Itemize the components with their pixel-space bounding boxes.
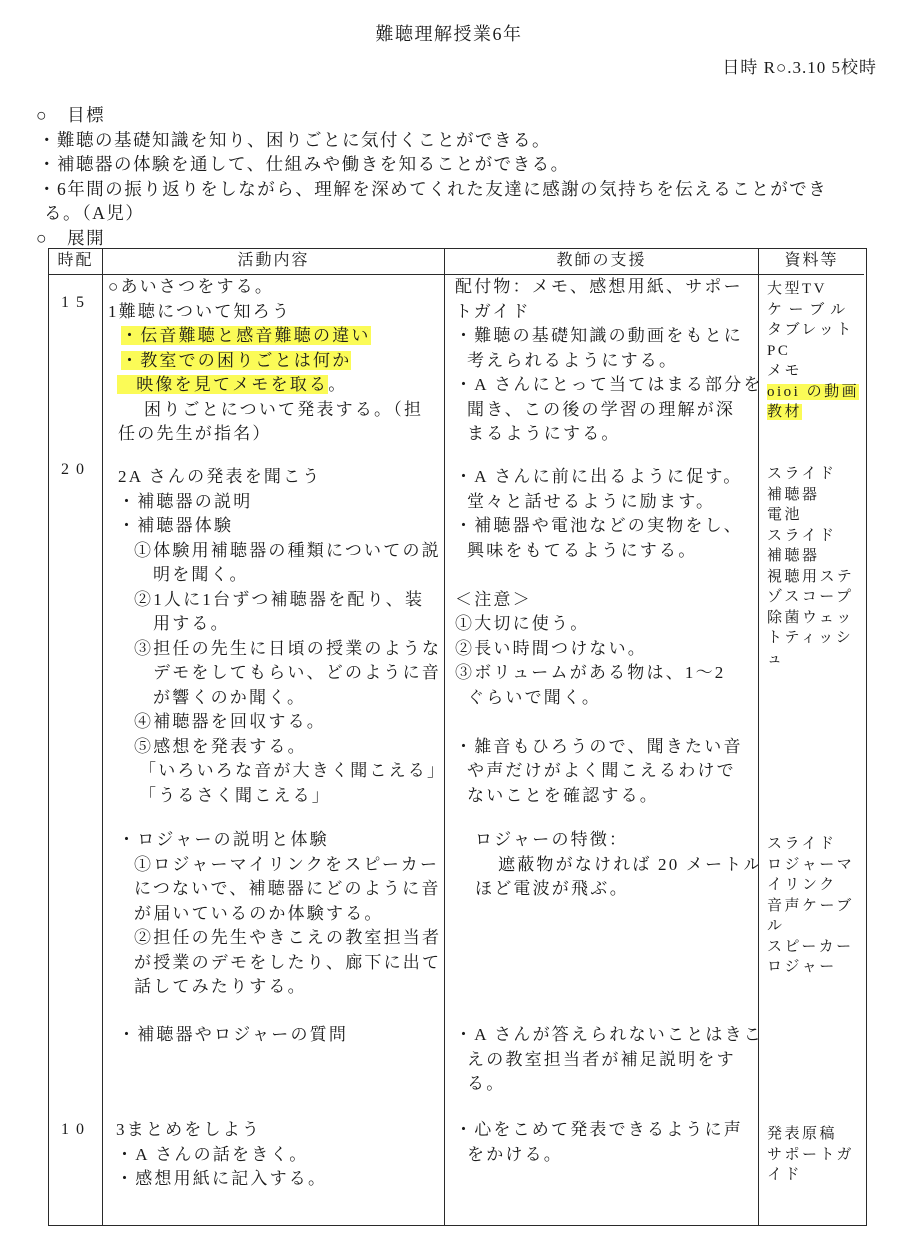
text-run: スライド — [767, 836, 837, 852]
text-run: 1難聴について知ろう — [108, 302, 291, 321]
materials-block: スライドロジャーマイリンク音声ケーブルスピーカーロジャー — [759, 834, 864, 978]
text-run: 音声ケーブ — [767, 898, 854, 914]
text-run: ル — [767, 918, 785, 934]
text-line: 教材 — [759, 402, 864, 423]
text-line: ①ロジャーマイリンクをスピーカー — [103, 853, 444, 878]
text-run: ゾスコープ — [767, 589, 853, 605]
text-line: ②担任の先生やきこえの教室担当者 — [103, 926, 444, 951]
text-run: 大型TV — [767, 281, 827, 297]
text-line: スピーカー — [759, 937, 864, 958]
page-title: 難聴理解授業6年 — [0, 20, 898, 46]
text-run: メモ — [767, 363, 802, 379]
highlight-text: ・教室での困りごとは何か — [121, 351, 351, 370]
activity-block: ・補聴器やロジャーの質問 — [103, 1023, 444, 1048]
highlight-text: 教材 — [767, 404, 802, 420]
header-teacher-support: 教師の支援 — [445, 249, 759, 274]
text-line: ほど電波が飛ぶ。 — [445, 877, 758, 902]
text-line: 興味をもてるようにする。 — [445, 539, 758, 564]
text-run: 配付物：メモ、感想用紙、サポー — [455, 277, 743, 296]
materials-cell: 大型TVケーブルタブレットPCメモoioi の動画教材スライド補聴器電池スライド… — [759, 275, 864, 1225]
text-run: ・補聴器や電池などの実物をし、 — [455, 516, 743, 535]
text-line: をかける。 — [445, 1143, 758, 1168]
text-line: まるようにする。 — [445, 422, 758, 447]
text-line: 2A さんの発表を聞こう — [103, 465, 444, 490]
text-line: 困りごとについて発表する。（担 — [103, 398, 444, 423]
text-run: ケーブル — [767, 302, 852, 318]
text-run: 「いろいろな音が大きく聞こえる」 — [139, 761, 445, 780]
text-line: トティッシ — [759, 628, 864, 649]
text-run: スライド — [767, 466, 837, 482]
text-line: ル — [759, 916, 864, 937]
text-line: ロジャーの特徴： — [445, 828, 758, 853]
text-line: 補聴器 — [759, 485, 864, 506]
text-run: トガイド — [455, 302, 531, 321]
text-line: ぐらいで聞く。 — [445, 686, 758, 711]
text-run: ぐらいで聞く。 — [467, 688, 601, 707]
text-run: につないで、補聴器にどのように音 — [134, 879, 441, 898]
text-line: ・A さんが答えられないことはきこ — [445, 1023, 758, 1048]
text-line: 遮蔽物がなければ 20 メートル — [445, 853, 758, 878]
text-line: メモ — [759, 361, 864, 382]
text-line: が響くのか聞く。 — [103, 686, 444, 711]
text-line: る。 — [445, 1072, 758, 1097]
text-line: イド — [759, 1165, 864, 1186]
goal-line: ・6年間の振り返りをしながら、理解を深めてくれた友達に感謝の気持ちを伝えることが… — [36, 177, 866, 202]
goal-line: ・難聴の基礎知識を知り、困りごとに気付くことができる。 — [36, 128, 866, 153]
text-run: まるようにする。 — [467, 424, 621, 443]
support-block: 配付物：メモ、感想用紙、サポートガイド・難聴の基礎知識の動画をもとに考えられるよ… — [445, 275, 758, 447]
materials-block: スライド補聴器電池スライド補聴器視聴用ステゾスコープ除菌ウェットティッシュ — [759, 464, 864, 669]
lesson-plan-document: { "page": { "title": "難聴理解授業6年", "dateti… — [0, 0, 898, 1258]
text-line: 用する。 — [103, 612, 444, 637]
text-line: ②長い時間つけない。 — [445, 637, 758, 662]
materials-block: 大型TVケーブルタブレットPCメモoioi の動画教材 — [759, 279, 864, 423]
text-line: ・補聴器や電池などの実物をし、 — [445, 514, 758, 539]
activity-block: ○あいさつをする。1難聴について知ろう・伝音難聴と感音難聴の違い・教室での困りご… — [103, 275, 444, 447]
text-line: 除菌ウェッ — [759, 608, 864, 629]
text-run: ①大切に使う。 — [455, 614, 589, 633]
text-line: ・心をこめて発表できるように声 — [445, 1118, 758, 1143]
text-line: 考えられるようにする。 — [445, 349, 758, 374]
text-line: ④補聴器を回収する。 — [103, 710, 444, 735]
text-line: ・教室での困りごとは何か — [103, 349, 444, 374]
text-run: ②担任の先生やきこえの教室担当者 — [134, 928, 441, 947]
text-line: ・A さんにとって当てはまる部分を — [445, 373, 758, 398]
text-line: イリンク — [759, 875, 864, 896]
text-run: ②長い時間つけない。 — [455, 639, 647, 658]
text-run: ＜注意＞ — [455, 590, 532, 609]
text-run: 3まとめをしよう — [116, 1120, 261, 1139]
text-line: トガイド — [445, 300, 758, 325]
text-run: や声だけがよく聞こえるわけで — [467, 761, 736, 780]
text-run: ・補聴器体験 — [118, 516, 233, 535]
text-line: ＜注意＞ — [445, 588, 758, 613]
text-line: oioi の動画 — [759, 382, 864, 403]
highlight-text: 映像を見てメモを取る — [117, 375, 328, 394]
support-block: ロジャーの特徴：遮蔽物がなければ 20 メートルほど電波が飛ぶ。 — [445, 828, 758, 902]
time-allocation-value: 20 — [49, 458, 103, 483]
text-line: ゾスコープ — [759, 587, 864, 608]
text-run: が授業のデモをしたり、廊下に出て — [134, 953, 441, 972]
text-run: ・A さんの話をきく。 — [116, 1145, 308, 1164]
text-run: ないことを確認する。 — [467, 786, 659, 805]
text-line: ・補聴器体験 — [103, 514, 444, 539]
table-header-row: 時配 活動内容 教師の支援 資料等 — [49, 249, 864, 275]
text-run: ○あいさつをする。 — [108, 277, 274, 296]
text-line: ⑤感想を発表する。 — [103, 735, 444, 760]
text-run: ・補聴器の説明 — [118, 492, 252, 511]
text-line: ケーブル — [759, 300, 864, 321]
text-run: 興味をもてるようにする。 — [467, 541, 697, 560]
text-run: ・ロジャーの説明と体験 — [118, 830, 329, 849]
text-run: が響くのか聞く。 — [153, 688, 306, 707]
text-line: ③担任の先生に日頃の授業のような — [103, 637, 444, 662]
text-run: 用する。 — [153, 614, 230, 633]
text-run: ・A さんにとって当てはまる部分を — [455, 375, 759, 394]
text-line: ○あいさつをする。 — [103, 275, 444, 300]
activity-block: ・ロジャーの説明と体験①ロジャーマイリンクをスピーカーにつないで、補聴器にどのよ… — [103, 828, 444, 1000]
text-run: ・A さんに前に出るように促す。 — [455, 467, 742, 486]
highlight-text: ・伝音難聴と感音難聴の違い — [121, 326, 371, 345]
text-line: 映像を見てメモを取る。 — [103, 373, 444, 398]
text-line: ・雑音もひろうので、聞きたい音 — [445, 735, 758, 760]
text-line: 「うるさく聞こえる」 — [103, 784, 444, 809]
text-line: 聞き、この後の学習の理解が深 — [445, 398, 758, 423]
text-line: や声だけがよく聞こえるわけで — [445, 759, 758, 784]
text-run: 視聴用ステ — [767, 569, 854, 585]
text-line: ・補聴器やロジャーの質問 — [103, 1023, 444, 1048]
text-run: 考えられるようにする。 — [467, 351, 678, 370]
text-run: 発表原稿 — [767, 1126, 837, 1142]
text-run: スピーカー — [767, 939, 854, 955]
text-run: ③ボリュームがある物は、1～2 — [455, 663, 726, 682]
text-run: をかける。 — [467, 1145, 563, 1164]
text-line: 任の先生が指名） — [103, 422, 444, 447]
text-run: ロジャーの特徴： — [475, 830, 628, 849]
text-line: デモをしてもらい、どのように音 — [103, 661, 444, 686]
text-run: タブレット — [767, 322, 854, 338]
table-body-row: 152010 ○あいさつをする。1難聴について知ろう・伝音難聴と感音難聴の違い・… — [49, 275, 864, 1225]
text-run: 「うるさく聞こえる」 — [139, 786, 331, 805]
text-line: 視聴用ステ — [759, 567, 864, 588]
text-line: 堂々と話せるように励ます。 — [445, 490, 758, 515]
text-line: ・難聴の基礎知識の動画をもとに — [445, 324, 758, 349]
time-allocation-value: 15 — [49, 291, 103, 316]
text-run: ④補聴器を回収する。 — [134, 712, 326, 731]
text-run: 。 — [328, 375, 347, 394]
text-run: ・心をこめて発表できるように声 — [455, 1120, 743, 1139]
teacher-support-cell: 配付物：メモ、感想用紙、サポートガイド・難聴の基礎知識の動画をもとに考えられるよ… — [445, 275, 759, 1225]
text-line: ・A さんの話をきく。 — [103, 1143, 444, 1168]
text-run: 遮蔽物がなければ 20 メートル — [498, 855, 759, 874]
text-run: 堂々と話せるように励ます。 — [467, 492, 715, 511]
text-line: タブレット — [759, 320, 864, 341]
text-run: ・雑音もひろうので、聞きたい音 — [455, 737, 743, 756]
text-run: ①ロジャーマイリンクをスピーカー — [134, 855, 439, 874]
text-line: 1難聴について知ろう — [103, 300, 444, 325]
text-run: PC — [767, 343, 790, 359]
text-run: ュ — [767, 651, 785, 667]
text-run: イド — [767, 1167, 802, 1183]
support-block: ・心をこめて発表できるように声をかける。 — [445, 1118, 758, 1167]
text-run: 補聴器 — [767, 548, 820, 564]
goal-line: ○ 目標 — [36, 103, 866, 128]
text-run: 明を聞く。 — [153, 565, 249, 584]
text-line: 補聴器 — [759, 546, 864, 567]
text-run: 除菌ウェッ — [767, 610, 854, 626]
support-block: ・A さんが答えられないことはきこえの教室担当者が補足説明をする。 — [445, 1023, 758, 1097]
activity-cell: ○あいさつをする。1難聴について知ろう・伝音難聴と感音難聴の違い・教室での困りご… — [103, 275, 445, 1225]
header-activity: 活動内容 — [103, 249, 445, 274]
text-run: ①体験用補聴器の種類についての説 — [134, 541, 441, 560]
text-line — [445, 563, 758, 588]
text-line: ①体験用補聴器の種類についての説 — [103, 539, 444, 564]
text-line: サポートガ — [759, 1145, 864, 1166]
text-run: ロジャー — [767, 959, 837, 975]
text-line: 話してみたりする。 — [103, 975, 444, 1000]
text-line: ③ボリュームがある物は、1～2 — [445, 661, 758, 686]
text-line: 3まとめをしよう — [103, 1118, 444, 1143]
text-line: が授業のデモをしたり、廊下に出て — [103, 951, 444, 976]
date-line: 日時 R○.3.10 5校時 — [722, 53, 877, 78]
text-run: ・難聴の基礎知識の動画をもとに — [455, 326, 743, 345]
text-line: スライド — [759, 464, 864, 485]
time-allocation-value: 10 — [49, 1118, 103, 1143]
goal-line: ・補聴器の体験を通して、仕組みや働きを知ることができる。 — [36, 152, 866, 177]
text-line: 電池 — [759, 505, 864, 526]
text-run: えの教室担当者が補足説明をす — [467, 1050, 736, 1069]
text-run: ・A さんが答えられないことはきこ — [455, 1025, 759, 1044]
text-run: 聞き、この後の学習の理解が深 — [467, 400, 735, 419]
header-materials: 資料等 — [759, 249, 864, 274]
text-line: につないで、補聴器にどのように音 — [103, 877, 444, 902]
text-run: が届いているのか体験する。 — [134, 904, 384, 923]
text-line: 発表原稿 — [759, 1124, 864, 1145]
header-time-allocation: 時配 — [49, 249, 103, 274]
text-run: 話してみたりする。 — [134, 977, 307, 996]
text-run: 任の先生が指名） — [118, 424, 272, 443]
text-run: ②1人に1台ずつ補聴器を配り、装 — [134, 590, 424, 609]
activity-block: 3まとめをしよう・A さんの話をきく。・感想用紙に記入する。 — [103, 1118, 444, 1192]
text-line: 「いろいろな音が大きく聞こえる」 — [103, 759, 444, 784]
text-run: 補聴器 — [767, 487, 820, 503]
text-line: ロジャーマ — [759, 855, 864, 876]
text-run: 困りごとについて発表する。（担 — [144, 400, 423, 419]
text-line: ・伝音難聴と感音難聴の違い — [103, 324, 444, 349]
text-line: 配付物：メモ、感想用紙、サポー — [445, 275, 758, 300]
text-run: スライド — [767, 528, 837, 544]
text-line — [445, 710, 758, 735]
text-run: ⑤感想を発表する。 — [134, 737, 307, 756]
highlight-text: oioi の動画 — [767, 384, 859, 400]
text-line: PC — [759, 341, 864, 362]
text-line: 音声ケーブ — [759, 896, 864, 917]
text-line: ②1人に1台ずつ補聴器を配り、装 — [103, 588, 444, 613]
text-line: ロジャー — [759, 957, 864, 978]
text-run: トティッシ — [767, 630, 853, 646]
text-line: ①大切に使う。 — [445, 612, 758, 637]
text-run: ほど電波が飛ぶ。 — [475, 879, 629, 898]
text-run: イリンク — [767, 877, 837, 893]
text-line: ュ — [759, 649, 864, 670]
support-block: ・A さんに前に出るように促す。堂々と話せるように励ます。・補聴器や電池などの実… — [445, 465, 758, 808]
text-line: えの教室担当者が補足説明をす — [445, 1048, 758, 1073]
text-line: が届いているのか体験する。 — [103, 902, 444, 927]
text-run: ③担任の先生に日頃の授業のような — [134, 639, 441, 658]
text-run: デモをしてもらい、どのように音 — [153, 663, 441, 682]
goal-line: ○ 展開 — [36, 226, 866, 251]
text-line: スライド — [759, 526, 864, 547]
activity-block: 2A さんの発表を聞こう・補聴器の説明・補聴器体験①体験用補聴器の種類についての… — [103, 465, 444, 808]
text-line: ないことを確認する。 — [445, 784, 758, 809]
goals-section: ○ 目標・難聴の基礎知識を知り、困りごとに気付くことができる。・補聴器の体験を通… — [36, 103, 866, 250]
text-run: 2A さんの発表を聞こう — [118, 467, 322, 486]
text-run: 電池 — [767, 507, 802, 523]
lesson-plan-table: 時配 活動内容 教師の支援 資料等 152010 ○あいさつをする。1難聴につい… — [48, 248, 867, 1226]
text-line: ・補聴器の説明 — [103, 490, 444, 515]
text-run: ・補聴器やロジャーの質問 — [118, 1025, 348, 1044]
text-line: ・A さんに前に出るように促す。 — [445, 465, 758, 490]
text-run: ロジャーマ — [767, 857, 854, 873]
materials-block: 発表原稿サポートガイド — [759, 1124, 864, 1186]
text-line: ・感想用紙に記入する。 — [103, 1167, 444, 1192]
text-run: サポートガ — [767, 1147, 854, 1163]
text-run: る。 — [467, 1074, 505, 1093]
text-line: 大型TV — [759, 279, 864, 300]
text-line: ・ロジャーの説明と体験 — [103, 828, 444, 853]
text-line: 明を聞く。 — [103, 563, 444, 588]
goal-line: る。（A児） — [36, 201, 866, 226]
text-line: スライド — [759, 834, 864, 855]
time-allocation-cell: 152010 — [49, 275, 103, 1225]
text-run: ・感想用紙に記入する。 — [116, 1169, 327, 1188]
